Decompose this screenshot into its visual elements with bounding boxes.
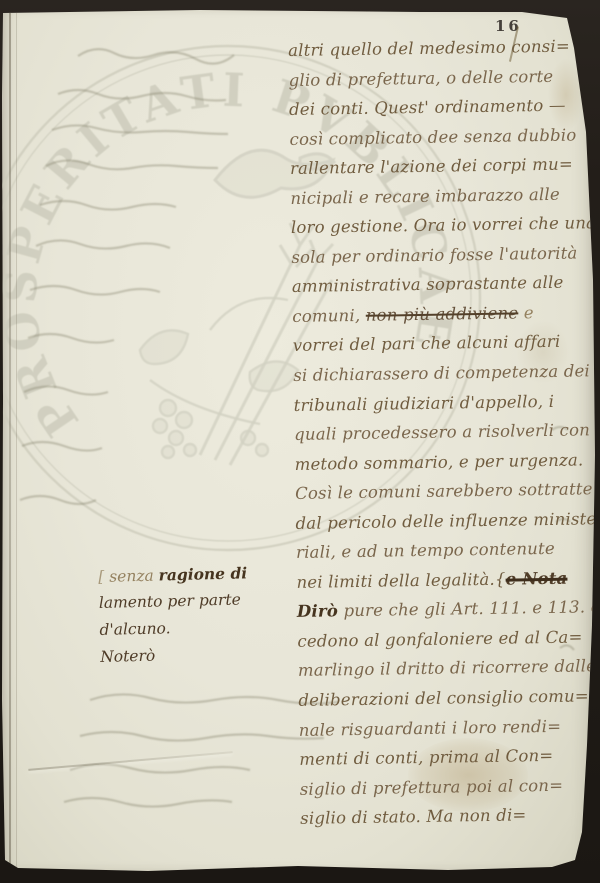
text-segment: pure che gli Art. 111. e 113. con=: [338, 597, 600, 621]
manuscript-line: comuni, non più addiviene e: [292, 302, 598, 336]
text-segment: nei limiti della legalità.{: [296, 569, 505, 591]
manuscript-line: così complicato dee senza dubbio: [289, 125, 595, 159]
text-segment: [: [98, 568, 109, 586]
margin-note: [ senza ragione dilamento per parted'alc…: [98, 562, 301, 675]
text-segment: menti di conti, prima al Con=: [299, 746, 553, 769]
manuscript-line: altri quello del medesimo consi=: [288, 36, 594, 70]
manuscript-line: dal pericolo delle influenze ministe=: [295, 509, 600, 543]
paper-sheet: PROSPERITATI PVBLICAE: [0, 0, 600, 883]
manuscript-line: dei conti. Quest' ordinamento —: [289, 95, 595, 129]
manuscript-line: cedono al gonfaloniere ed al Ca=: [297, 627, 600, 661]
text-segment: comuni,: [292, 306, 366, 326]
text-segment: senza: [109, 567, 159, 586]
text-segment: Dirò: [297, 602, 338, 622]
manuscript-line: si dichiarassero di competenza dei: [293, 361, 599, 395]
manuscript-line: tribunali giudiziari d'appello, i: [294, 391, 600, 425]
manuscript-line: glio di prefettura, o delle corte: [288, 66, 594, 100]
manuscript-line: nicipali e recare imbarazzo alle: [290, 184, 596, 218]
text-segment: marlingo il dritto di ricorrere dalle: [298, 657, 597, 681]
text-segment: e Nota: [505, 569, 567, 589]
text-segment: dei conti. Quest' ordinamento —: [289, 96, 566, 119]
text-segment: così complicato dee senza dubbio: [289, 125, 576, 149]
manuscript-line: nale risguardanti i loro rendi=: [299, 716, 600, 750]
text-segment: Noterò: [100, 647, 155, 666]
text-segment: nicipali e recare imbarazzo alle: [290, 184, 560, 207]
text-segment: dal pericolo delle influenze ministe=: [295, 509, 600, 533]
manuscript-line: marlingo il dritto di ricorrere dalle: [298, 657, 600, 691]
text-segment: quali procedessero a risolverli con: [294, 420, 590, 444]
diagonal-crease-line: [28, 751, 232, 771]
text-segment: loro gestione. Ora io vorrei che una: [291, 213, 596, 237]
text-segment: metodo sommario, e per urgenza.: [294, 450, 583, 474]
manuscript-line: vorrei del pari che alcuni affari: [293, 332, 599, 366]
text-segment: glio di prefettura, o delle corte: [288, 66, 553, 89]
text-segment: non più addiviene: [366, 303, 519, 324]
text-segment: si dichiarassero di competenza dei: [293, 361, 590, 385]
manuscript-line: siglio di stato. Ma non di=: [300, 804, 600, 838]
text-segment: siglio di stato. Ma non di=: [300, 806, 527, 829]
text-segment: e: [518, 303, 534, 322]
manuscript-line: metodo sommario, e per urgenza.: [294, 450, 600, 484]
manuscript-line: siglio di prefettura poi al con=: [300, 775, 600, 809]
manuscript-line: riali, e ad un tempo contenute: [296, 538, 600, 572]
text-segment: deliberazioni del consiglio comu=: [298, 686, 589, 710]
text-segment: d'alcuno.: [99, 619, 170, 639]
manuscript-line: Così le comuni sarebbero sottratte: [295, 479, 600, 513]
text-segment: ragione di: [158, 563, 247, 584]
manuscript-line: Dirò pure che gli Art. 111. e 113. con=: [297, 598, 600, 632]
text-segment: rallentare l'azione dei corpi mu=: [290, 155, 573, 178]
watermark-grapes-icon: [140, 298, 298, 458]
text-segment: sola per ordinario fosse l'autorità: [291, 243, 577, 266]
fold-crease-line: [9, 12, 11, 871]
manuscript-line: rallentare l'azione dei corpi mu=: [290, 154, 596, 188]
manuscript-line: deliberazioni del consiglio comu=: [298, 686, 600, 720]
text-segment: Così le comuni sarebbero sottratte: [295, 479, 593, 503]
text-segment: cedono al gonfaloniere ed al Ca=: [297, 627, 582, 650]
text-segment: tribunali giudiziari d'appello, i: [294, 391, 555, 414]
text-segment: altri quello del medesimo consi=: [288, 37, 570, 60]
text-segment: amministrativa soprastante alle: [292, 273, 564, 296]
manuscript-line: menti di conti, prima al Con=: [299, 745, 600, 779]
text-segment: nale risguardanti i loro rendi=: [299, 716, 562, 739]
manuscript-line: sola per ordinario fosse l'autorità: [291, 243, 597, 277]
margin-note-line: Noterò: [100, 643, 301, 675]
fold-crease-line: [16, 12, 17, 871]
text-segment: lamento per parte: [99, 591, 241, 612]
manuscript-line: loro gestione. Ora io vorrei che una: [291, 213, 597, 247]
text-segment: vorrei del pari che alcuni affari: [293, 332, 561, 355]
manuscript-line: amministrativa soprastante alle: [292, 273, 598, 307]
manuscript-line: quali procedessero a risolverli con: [294, 420, 600, 454]
text-segment: siglio di prefettura poi al con=: [300, 775, 564, 798]
manuscript-line: nei limiti della legalità.{e Nota: [296, 568, 600, 602]
text-segment: riali, e ad un tempo contenute: [296, 539, 555, 562]
manuscript-text: altri quello del medesimo consi=glio di …: [288, 36, 600, 838]
